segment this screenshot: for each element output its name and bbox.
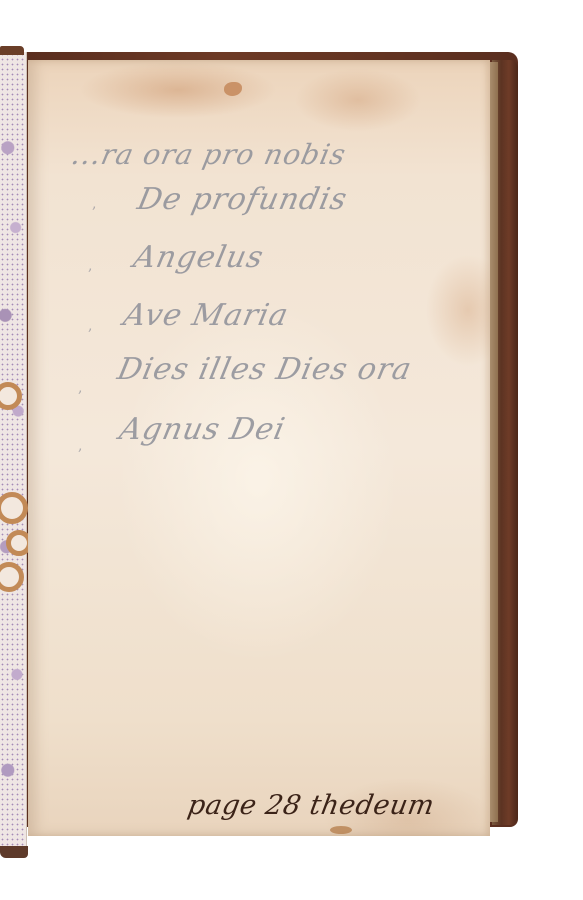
pencil-note-line: De profundis [134,182,350,217]
ink-annotation: page 28 thedeum [185,790,437,821]
marbled-pastedown [0,52,27,850]
marbled-ring [0,562,24,592]
pencil-note-line: Angelus [130,240,267,275]
pencil-tick-mark: , [88,258,92,274]
pencil-tick-mark: , [92,196,96,212]
endpaper-page [28,60,490,836]
pencil-tick-mark: , [78,380,82,396]
pencil-tick-mark: , [88,318,92,334]
pencil-note-line: Agnus Dei [116,412,288,447]
ink-blot [330,826,352,834]
spine-cap-top [0,46,24,55]
spine-cap-bottom [0,846,28,858]
pencil-note-line: Ave Maria [120,298,292,333]
marbled-ring [0,382,22,410]
pencil-tick-mark: , [78,438,82,454]
marbled-ring [0,492,28,524]
pencil-note-line: ...ra ora pro nobis [68,138,349,171]
pencil-note-line: Dies illes Dies ora [114,352,415,387]
